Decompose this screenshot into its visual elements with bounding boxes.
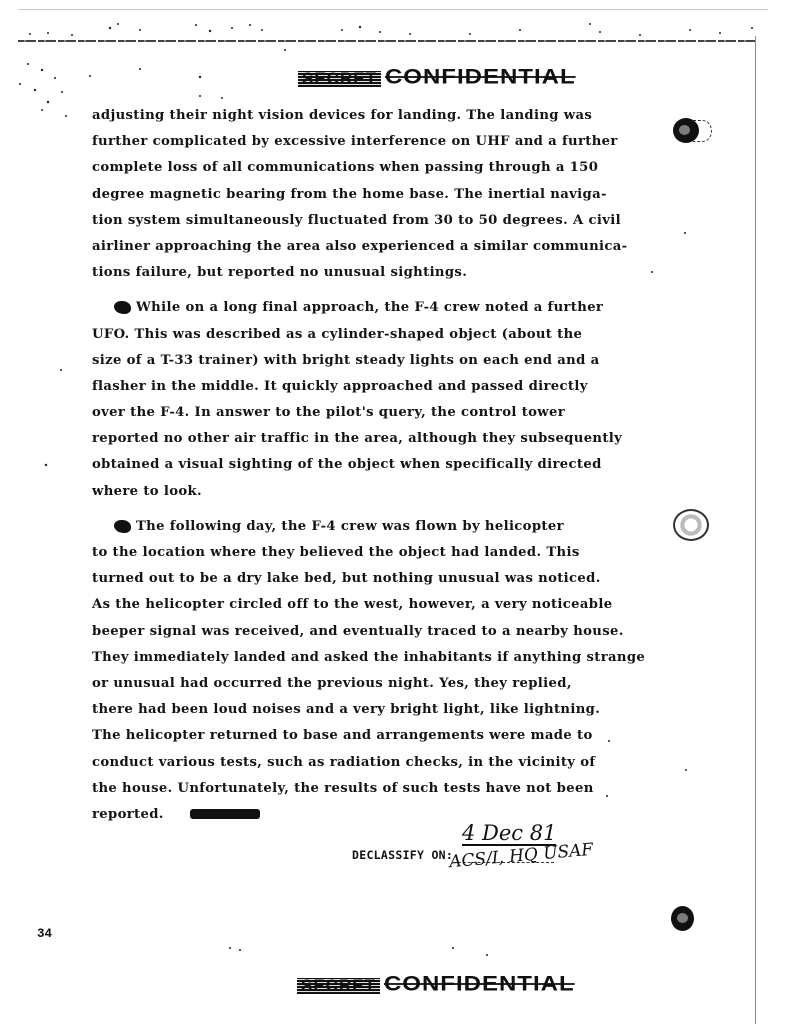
text-line: conduct various tests, such as radiation… [92,750,652,776]
text-line: there had been loud noises and a very br… [92,697,652,723]
confidential-label: CONFIDENTIAL [385,64,576,89]
text-line: tions failure, but reported no unusual s… [92,260,652,286]
paragraph: While on a long final approach, the F-4 … [92,295,652,505]
hole-punch-icon [671,906,694,931]
document-body: adjusting their night vision devices for… [92,103,652,828]
text-line: flasher in the middle. It quickly approa… [92,374,652,400]
text-line: airliner approaching the area also exper… [92,234,652,260]
text-line: over the F-4. In answer to the pilot's q… [92,400,652,426]
text-line: The helicopter returned to base and arra… [92,723,652,749]
text-line: or unusual had occurred the previous nig… [92,671,652,697]
text-line: The following day, the F-4 crew was flow… [92,514,652,540]
text-line: While on a long final approach, the F-4 … [92,295,652,321]
struck-classification: SECRET [297,978,380,994]
scan-header-noise [18,40,758,42]
text-line: complete loss of all communications when… [92,155,652,181]
declassification-block: 4 Dec 81 DECLASSIFY ON: ACS/I, HQ USAF [352,822,652,882]
text-line: to the location where they believed the … [92,540,652,566]
redaction-mark [114,520,131,533]
text-line: further complicated by excessive interfe… [92,129,652,155]
text-line: tion system simultaneously fluctuated fr… [92,208,652,234]
text-line: reported no other air traffic in the are… [92,426,652,452]
text-line: beeper signal was received, and eventual… [92,619,652,645]
text-line: turned out to be a dry lake bed, but not… [92,566,652,592]
struck-classification: SECRET [298,71,381,87]
hole-punch-icon [673,118,699,143]
page-number: 34 [37,927,52,941]
hole-punch-icon [673,509,709,541]
redaction-mark [114,301,131,314]
classification-marking-bottom: SECRETCONFIDENTIAL [297,970,575,998]
paragraph: The following day, the F-4 crew was flow… [92,514,652,828]
classification-marking-top: SECRETCONFIDENTIAL [298,63,576,91]
handwritten-declass-date: 4 Dec 81 [462,822,556,846]
confidential-label: CONFIDENTIAL [384,971,575,996]
trailing-redaction [190,809,260,819]
scan-top-border [18,9,768,10]
text-line: where to look. [92,479,652,505]
text-line: UFO. This was described as a cylinder-sh… [92,322,652,348]
text-line: the house. Unfortunately, the results of… [92,776,652,802]
text-line: degree magnetic bearing from the home ba… [92,182,652,208]
text-line: adjusting their night vision devices for… [92,103,652,129]
text-line: size of a T-33 trainer) with bright stea… [92,348,652,374]
text-line: They immediately landed and asked the in… [92,645,652,671]
page-right-edge [755,36,756,1024]
text-line: As the helicopter circled off to the wes… [92,592,652,618]
text-line: obtained a visual sighting of the object… [92,452,652,478]
paragraph: adjusting their night vision devices for… [92,103,652,286]
